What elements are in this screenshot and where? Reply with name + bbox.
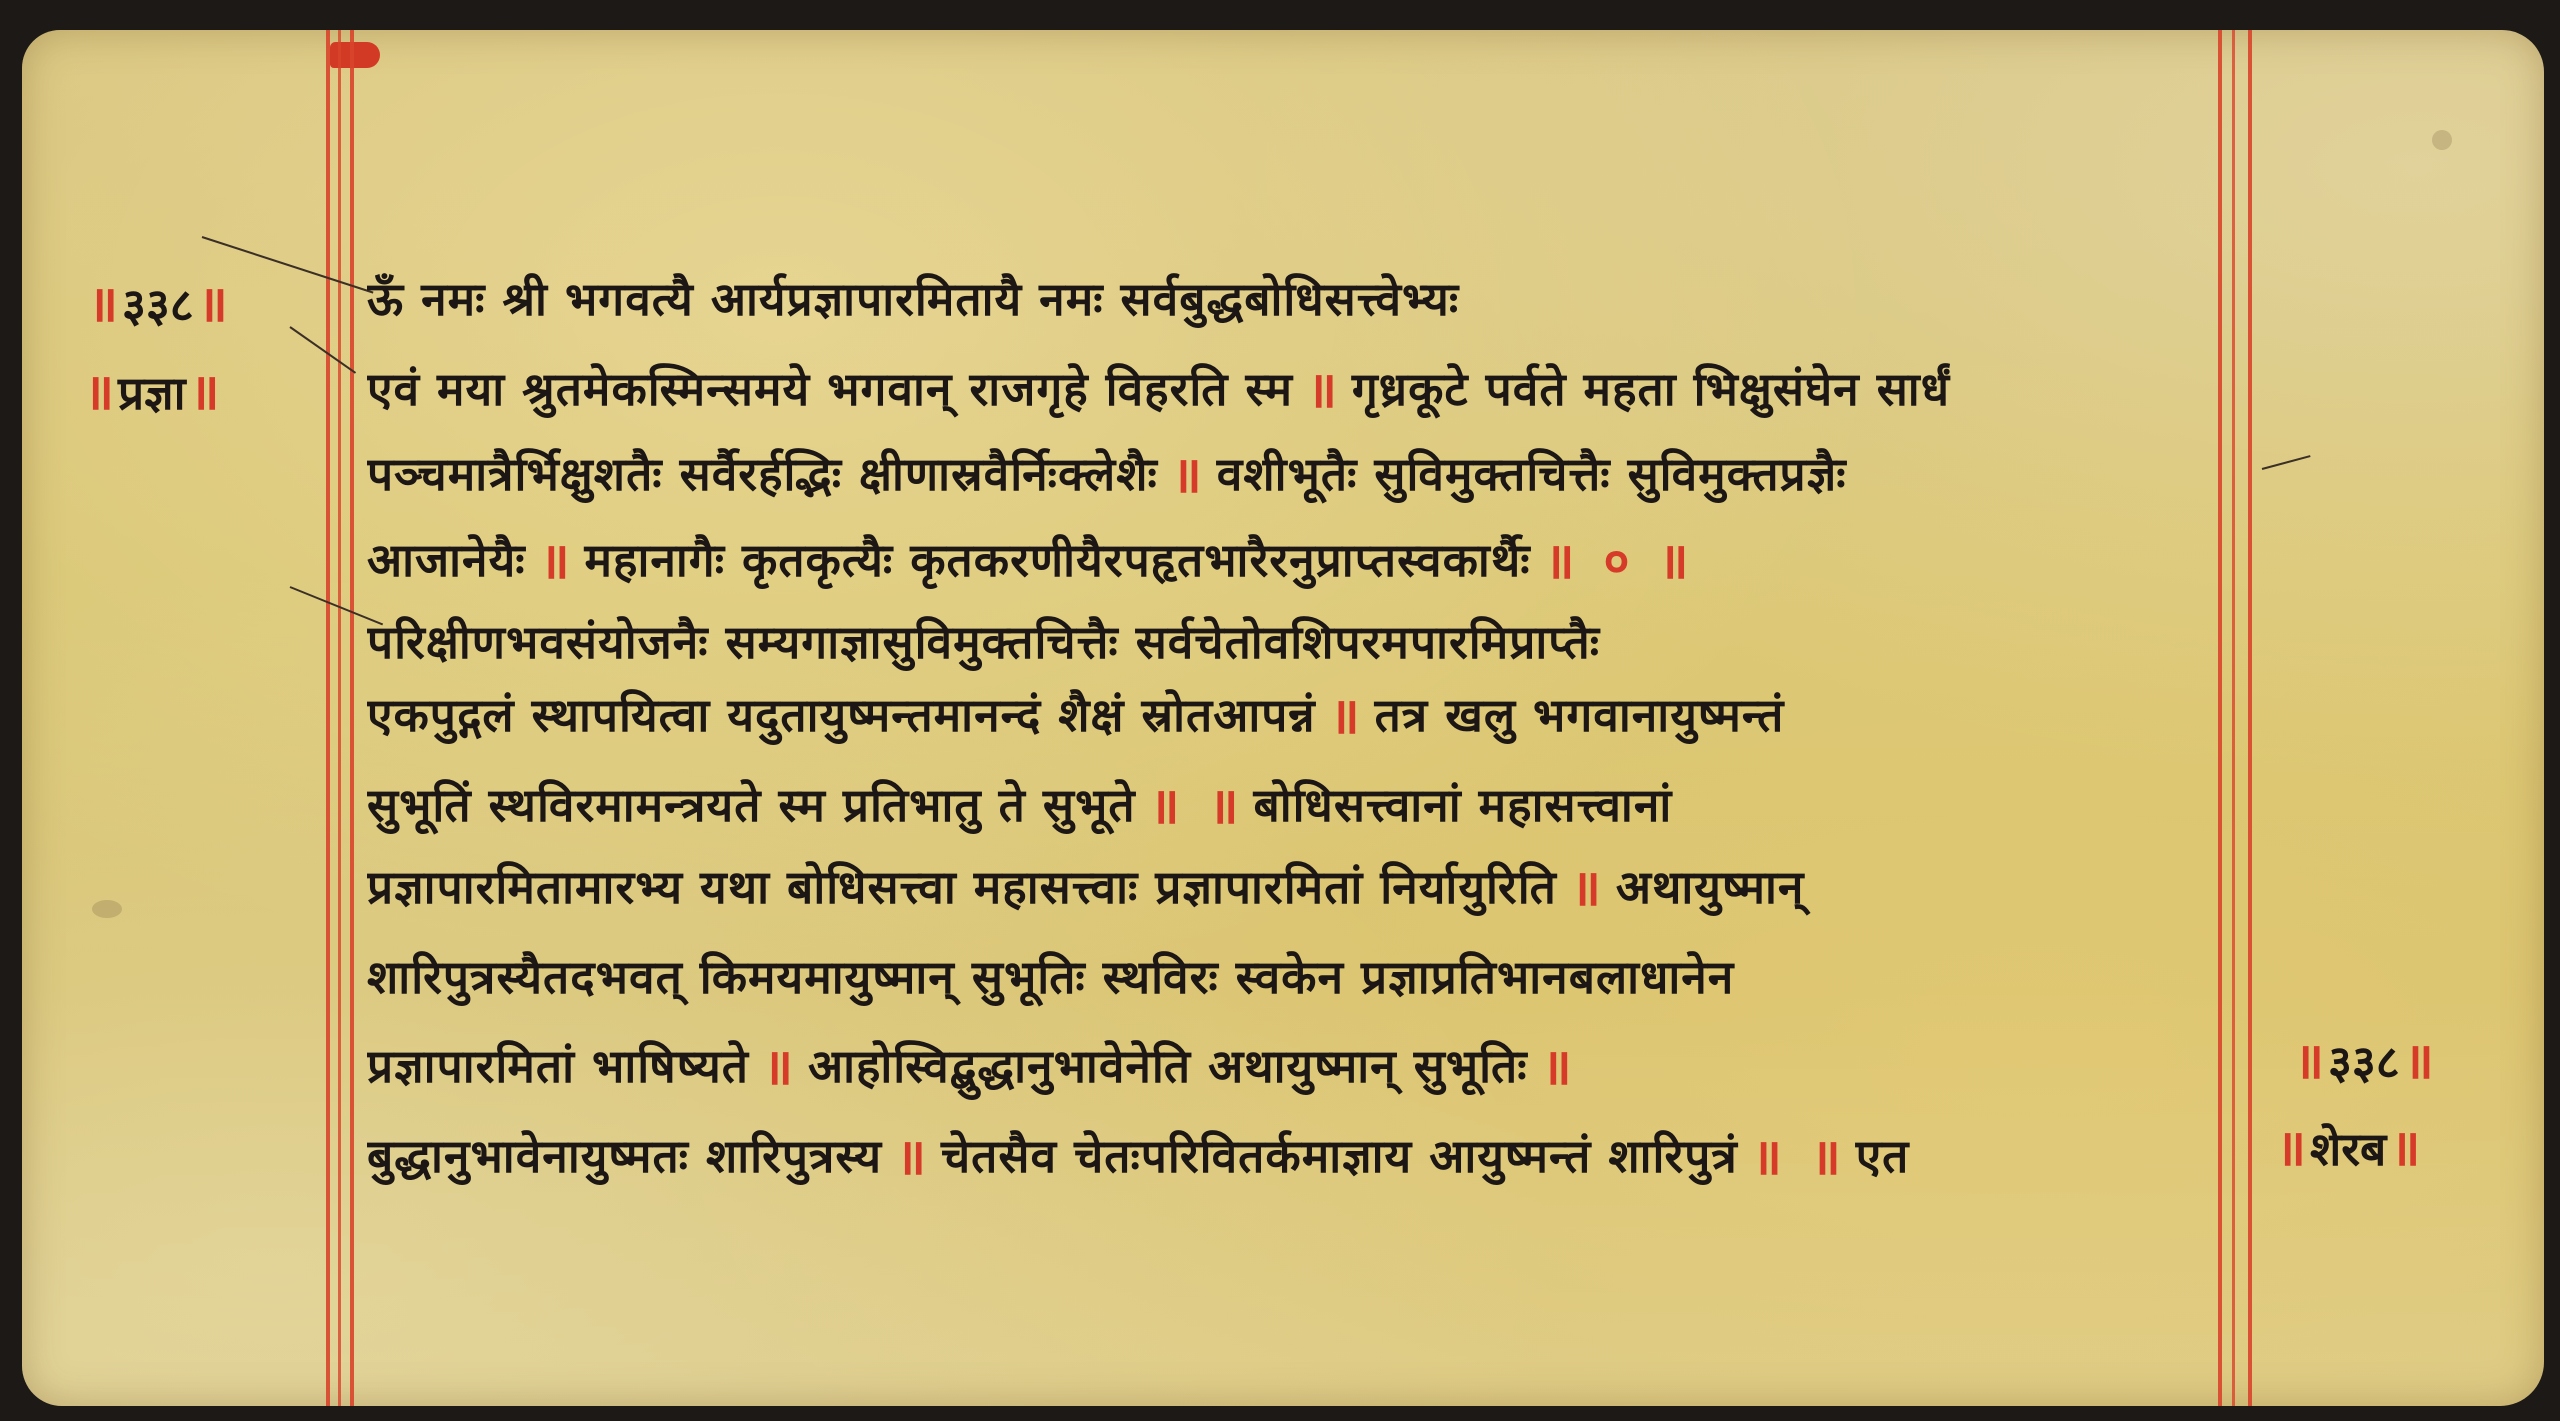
- text-segment: पञ्चमात्रैर्भिक्षुशतैः सर्वैरर्हद्भिः क्…: [367, 442, 1158, 504]
- text-segment: तत्र खलु भगवानायुष्मन्तं: [1375, 683, 1785, 745]
- danda-mark: ॥: [1330, 680, 1361, 748]
- text-segment: परिक्षीणभवसंयोजनैः सम्यगाज्ञासुविमुक्तचि…: [367, 610, 1600, 672]
- text-segment: एत: [1856, 1124, 1910, 1186]
- stain: [2432, 130, 2452, 150]
- text-segment: ऊँ नमः श्री भगवत्यै आर्यप्रज्ञापारमितायै…: [367, 267, 1459, 329]
- stain: [92, 900, 122, 918]
- danda-mark: ॥: [2294, 1032, 2324, 1090]
- left-ruling-line: [350, 30, 354, 1406]
- text-row: प्रज्ञापारमितामारभ्य यथा बोधिसत्त्वा महा…: [367, 851, 2247, 921]
- text-row: बुद्धानुभावेनायुष्मतः शारिपुत्रस्य॥चेतसै…: [367, 1120, 2247, 1190]
- text-row: एकपुद्गलं स्थापयित्वा यदुतायुष्मन्तमानन्…: [367, 679, 2247, 749]
- text-segment: महानागैः कृतकृत्यैः कृतकरणीयैरपहृतभारैरन…: [585, 528, 1531, 590]
- left-folio-number: ॥३३८॥: [84, 268, 232, 336]
- text-segment: शारिपुत्रस्यैतदभवत् किमयमायुष्मान् सुभूत…: [367, 945, 1734, 1007]
- text-row: ऊँ नमः श्री भगवत्यै आर्यप्रज्ञापारमितायै…: [367, 263, 2247, 333]
- danda-mark: ॥: [2276, 1119, 2306, 1177]
- danda-mark: ॥: [1571, 852, 1602, 920]
- danda-mark: ॥: [1752, 1121, 1783, 1189]
- danda-mark: ॥: [1811, 1121, 1842, 1189]
- margin-title: शेरब: [2310, 1122, 2386, 1176]
- margin-title: प्रज्ञा: [118, 366, 186, 420]
- folio-number: ३३८: [2328, 1035, 2400, 1089]
- text-row: प्रज्ञापारमितां भाषिष्यते॥आहोस्विद्बुद्ध…: [367, 1030, 2247, 1100]
- text-row: पञ्चमात्रैर्भिक्षुशतैः सर्वैरर्हद्भिः क्…: [367, 438, 2247, 508]
- text-segment: बुद्धानुभावेनायुष्मतः शारिपुत्रस्य: [367, 1124, 882, 1186]
- text-segment: चेतसैव चेतःपरिवितर्कमाज्ञाय आयुष्मन्तं श…: [941, 1124, 1738, 1186]
- danda-mark: ॥: [763, 1031, 794, 1099]
- text-row: परिक्षीणभवसंयोजनैः सम्यगाज्ञासुविमुक्तचि…: [367, 606, 2247, 676]
- text-segment: सुभूतिं स्थविरमामन्त्रयते स्म प्रतिभातु …: [367, 773, 1136, 835]
- text-segment: प्रज्ञापारमितामारभ्य यथा बोधिसत्त्वा महा…: [367, 855, 1557, 917]
- danda-mark: ॥: [1150, 770, 1181, 838]
- danda-mark: ॥: [1542, 1031, 1573, 1099]
- text-segment: गृध्रकूटे पर्वते महता भिक्षुसंघेन सार्धं: [1352, 357, 1950, 419]
- pointer-line: [2262, 455, 2311, 470]
- text-row: सुभूतिं स्थविरमामन्त्रयते स्म प्रतिभातु …: [367, 769, 2247, 839]
- right-ruling-line: [2248, 30, 2252, 1406]
- danda-mark: ॥: [84, 363, 114, 421]
- danda-mark: ॥: [2404, 1032, 2434, 1090]
- text-segment: बोधिसत्त्वानां महासत्त्वानां: [1253, 773, 1672, 835]
- left-ruling-line: [338, 30, 341, 1406]
- danda-mark: ॥: [896, 1121, 927, 1189]
- pointer-line: [289, 326, 356, 374]
- text-row: शारिपुत्रस्यैतदभवत् किमयमायुष्मान् सुभूत…: [367, 941, 2247, 1011]
- text-segment: अथायुष्मान्: [1616, 855, 1805, 917]
- danda-mark: ॥: [1658, 525, 1689, 593]
- danda-mark: ॥: [2390, 1119, 2420, 1177]
- danda-mark: ॥: [540, 525, 571, 593]
- text-segment: प्रज्ञापारमितां भाषिष्यते: [367, 1034, 749, 1096]
- danda-mark: ॥: [190, 363, 220, 421]
- red-symbol-icon: ०: [1603, 525, 1630, 593]
- danda-mark: ॥: [1172, 439, 1203, 507]
- danda-mark: ॥: [198, 275, 228, 333]
- text-segment: वशीभूतैः सुविमुक्तचित्तैः सुविमुक्तप्रज्…: [1217, 442, 1847, 504]
- folio-number: ३३८: [122, 278, 194, 332]
- text-row: आजानेयैः॥महानागैः कृतकृत्यैः कृतकरणीयैरप…: [367, 524, 2247, 594]
- text-segment: आजानेयैः: [367, 528, 526, 590]
- danda-mark: ॥: [1307, 354, 1338, 422]
- text-segment: एवं मया श्रुतमेकस्मिन्समये भगवान् राजगृह…: [367, 357, 1293, 419]
- manuscript-folio: ॥३३८॥ ॥प्रज्ञा॥ ॥३३८॥ ॥शेरब॥ ऊँ नमः श्री…: [22, 30, 2544, 1406]
- left-ruling-line: [326, 30, 330, 1406]
- text-row: एवं मया श्रुतमेकस्मिन्समये भगवान् राजगृह…: [367, 353, 2247, 423]
- text-segment: एकपुद्गलं स्थापयित्वा यदुतायुष्मन्तमानन्…: [367, 683, 1316, 745]
- danda-mark: ॥: [1545, 525, 1576, 593]
- danda-mark: ॥: [88, 275, 118, 333]
- left-margin-label: ॥प्रज्ञा॥: [80, 356, 223, 424]
- right-folio-number: ॥३३८॥: [2290, 1025, 2438, 1093]
- right-margin-label: ॥शेरब॥: [2272, 1112, 2424, 1180]
- danda-mark: ॥: [1209, 770, 1240, 838]
- text-segment: आहोस्विद्बुद्धानुभावेनेति अथायुष्मान् सु…: [808, 1034, 1528, 1096]
